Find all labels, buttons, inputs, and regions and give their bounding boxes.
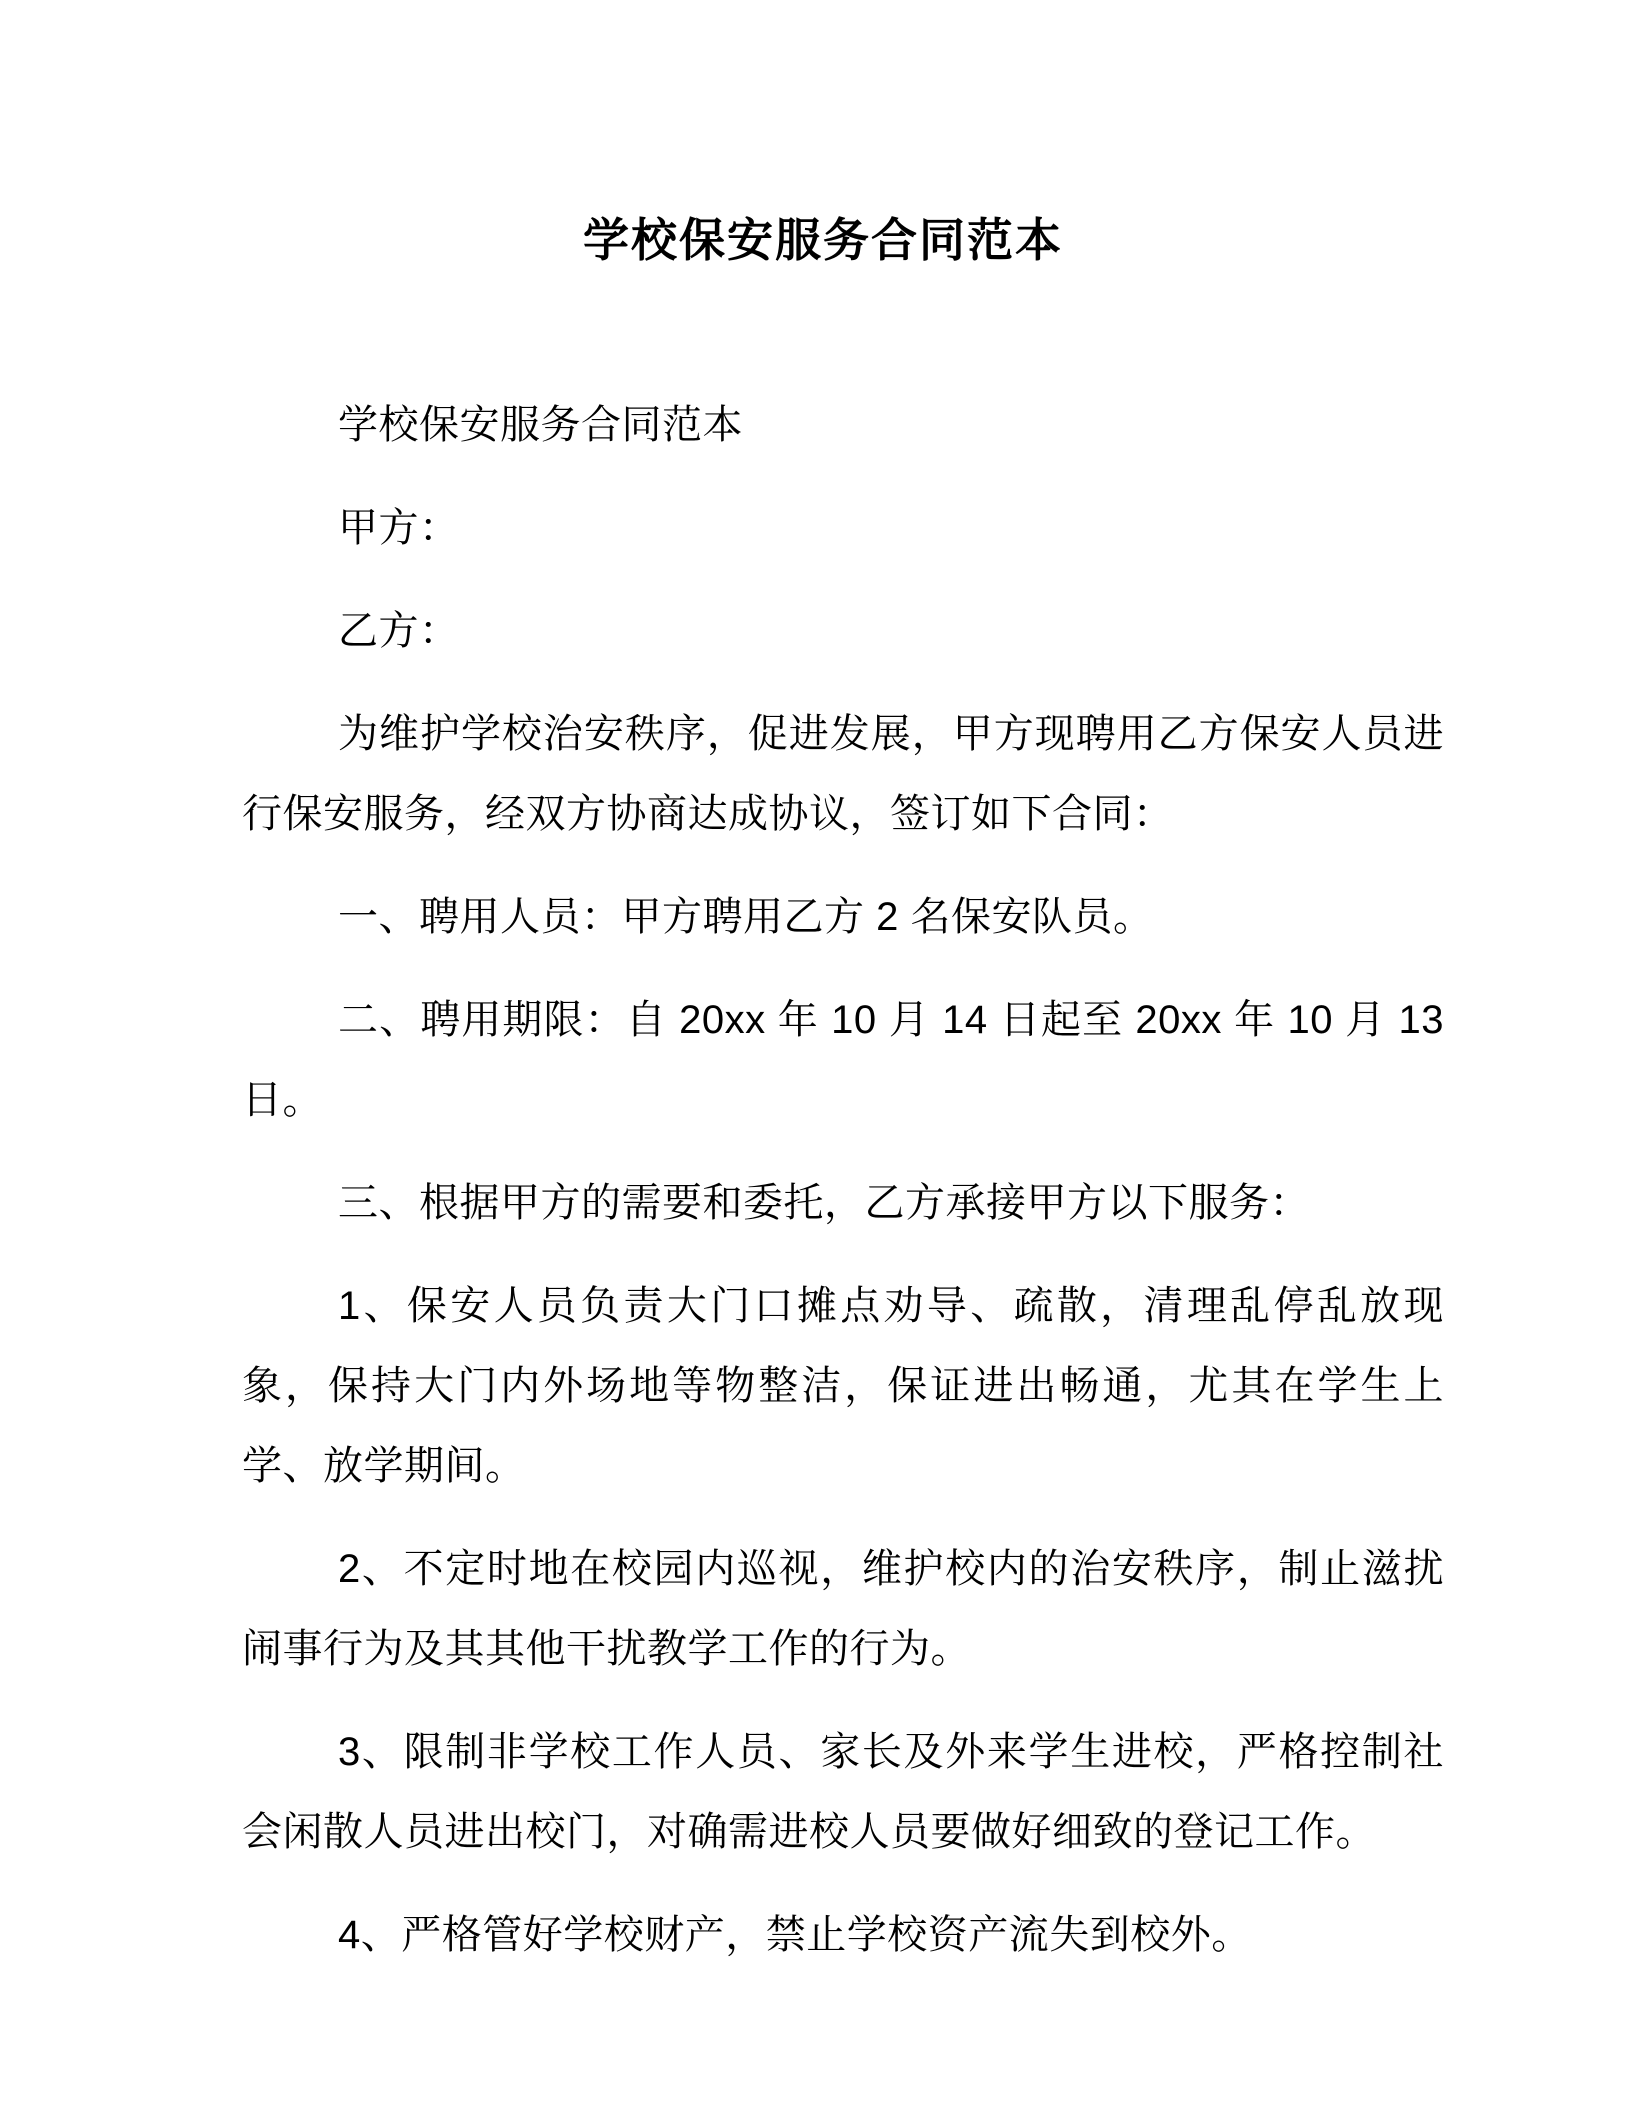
document-title: 学校保安服务合同范本 [242,210,1404,270]
clause-three-services: 三、根据甲方的需要和委托，乙方承接甲方以下服务： [242,1163,1444,1243]
document-body: 学校保安服务合同范本 甲方： 乙方： 为维护学校治安秩序，促进发展，甲方现聘用乙… [242,385,1444,1975]
preamble-paragraph: 为维护学校治安秩序，促进发展，甲方现聘用乙方保安人员进行保安服务，经双方协商达成… [242,694,1444,854]
subtitle-line: 学校保安服务合同范本 [242,385,1444,465]
service-item-4: 4、严格管好学校财产，禁止学校资产流失到校外。 [242,1895,1444,1975]
party-b-line: 乙方： [242,591,1444,671]
service-item-3: 3、限制非学校工作人员、家长及外来学生进校，严格控制社会闲散人员进出校门，对确需… [242,1712,1444,1872]
service-item-1: 1、保安人员负责大门口摊点劝导、疏散，清理乱停乱放现象，保持大门内外场地等物整洁… [242,1266,1444,1506]
service-item-2: 2、不定时地在校园内巡视，维护校内的治安秩序，制止滋扰闹事行为及其其他干扰教学工… [242,1529,1444,1689]
document-page: 学校保安服务合同范本 学校保安服务合同范本 甲方： 乙方： 为维护学校治安秩序，… [0,0,1632,2112]
clause-two-term: 二、聘用期限：自 20xx 年 10 月 14 日起至 20xx 年 10 月 … [242,980,1444,1140]
party-a-line: 甲方： [242,488,1444,568]
clause-one-hiring: 一、聘用人员：甲方聘用乙方 2 名保安队员。 [242,877,1444,957]
